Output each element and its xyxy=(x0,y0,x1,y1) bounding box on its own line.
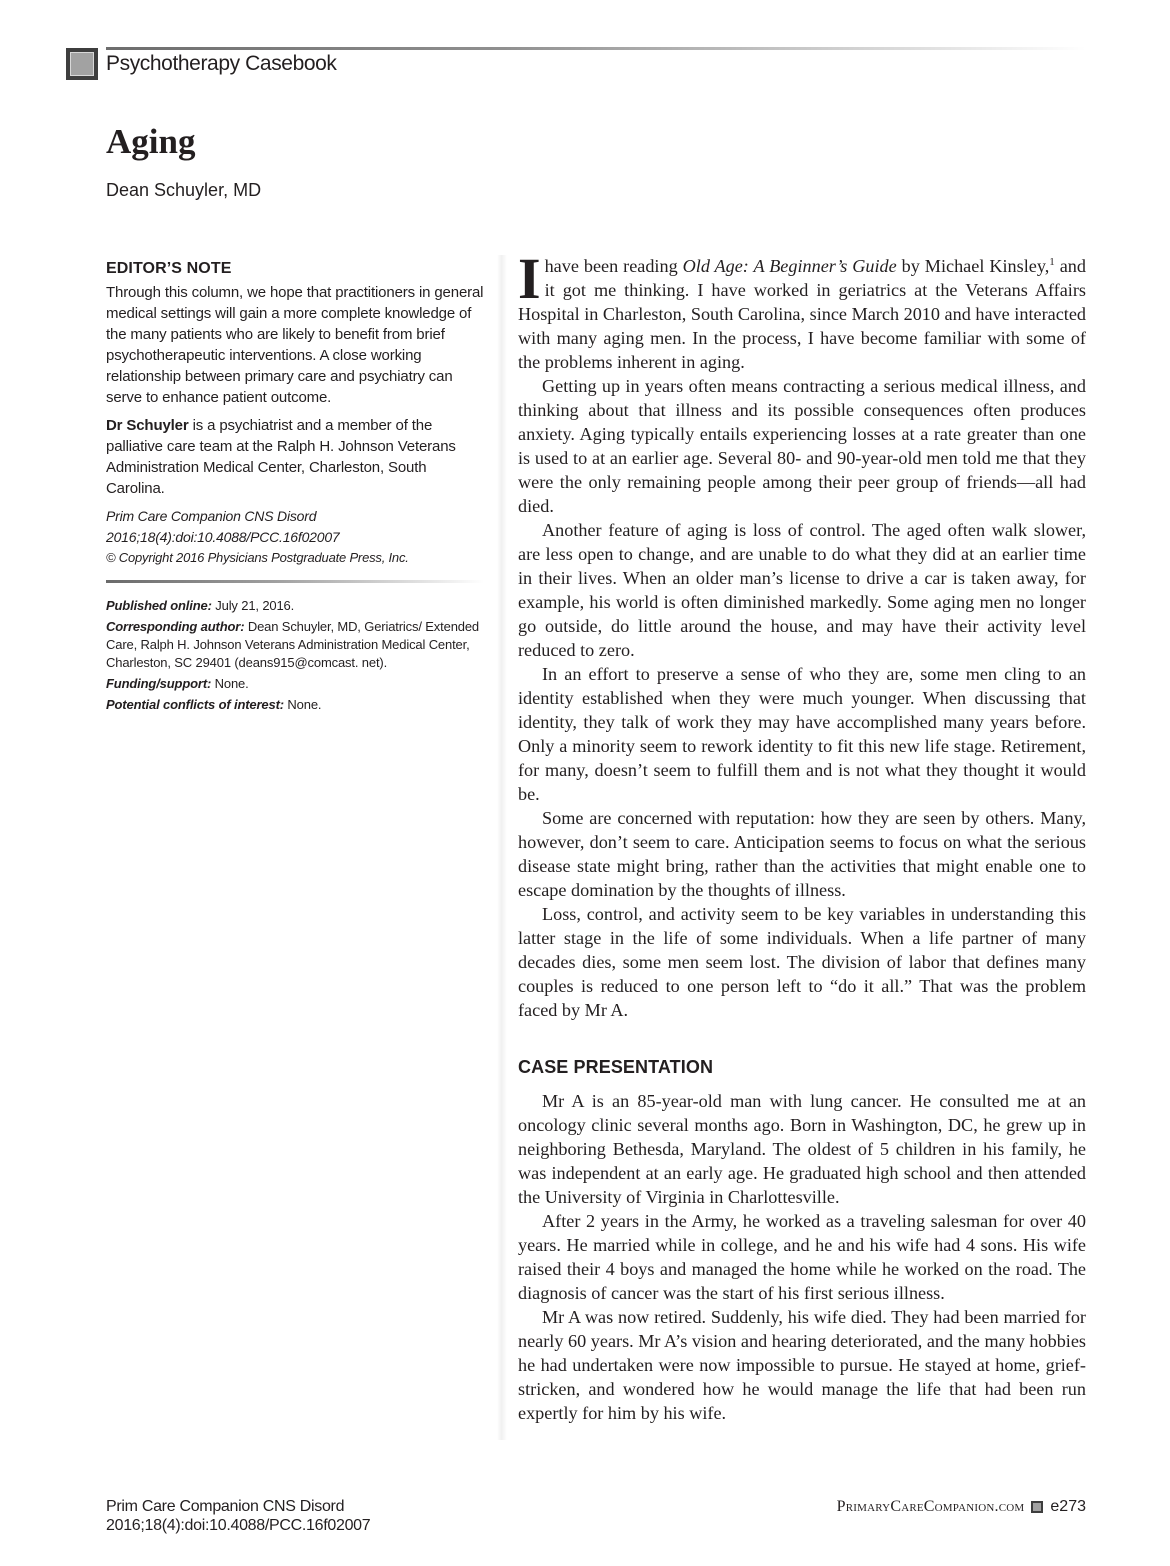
drop-cap: I xyxy=(518,257,541,301)
case-paragraph: Mr A is an 85-year-old man with lung can… xyxy=(518,1089,1086,1209)
meta-value: July 21, 2016. xyxy=(212,598,294,613)
author-bio-name: Dr Schuyler xyxy=(106,417,189,434)
page-number: e273 xyxy=(1050,1497,1086,1516)
footer-doi: 2016;18(4):doi:10.4088/PCC.16f02007 xyxy=(106,1516,370,1535)
meta-label: Corresponding author: xyxy=(106,619,244,634)
article-author: Dean Schuyler, MD xyxy=(106,180,261,201)
article-title: Aging xyxy=(106,122,195,162)
column-divider xyxy=(497,255,507,1440)
sidebar: EDITOR’S NOTE Through this column, we ho… xyxy=(106,260,484,717)
footer-citation: Prim Care Companion CNS Disord 2016;18(4… xyxy=(106,1497,370,1535)
copyright: © Copyright 2016 Physicians Postgraduate… xyxy=(106,548,484,568)
square-separator-icon xyxy=(1031,1501,1043,1513)
body-paragraph: Another feature of aging is loss of cont… xyxy=(518,518,1086,662)
intro-text: by Michael Kinsley, xyxy=(897,256,1050,276)
body-paragraph: Some are concerned with reputation: how … xyxy=(518,806,1086,902)
square-section-marker-icon xyxy=(66,48,98,80)
intro-paragraph: I have been reading Old Age: A Beginner’… xyxy=(518,254,1086,374)
editors-note-heading: EDITOR’S NOTE xyxy=(106,260,484,278)
body-paragraph: In an effort to preserve a sense of who … xyxy=(518,662,1086,806)
body-paragraph: Getting up in years often means contract… xyxy=(518,374,1086,518)
case-paragraph: After 2 years in the Army, he worked as … xyxy=(518,1209,1086,1305)
footer-right: PrimaryCareCompanion.com e273 xyxy=(837,1497,1086,1516)
meta-funding: Funding/support: None. xyxy=(106,675,484,693)
case-presentation-heading: CASE PRESENTATION xyxy=(518,1057,1086,1078)
citation-line-2: 2016;18(4):doi:10.4088/PCC.16f02007 xyxy=(106,527,484,548)
case-paragraph: Mr A was now retired. Suddenly, his wife… xyxy=(518,1305,1086,1425)
body-paragraph: Loss, control, and activity seem to be k… xyxy=(518,902,1086,1022)
article-body: I have been reading Old Age: A Beginner’… xyxy=(518,254,1086,1425)
footer-website-link[interactable]: PrimaryCareCompanion.com xyxy=(837,1497,1025,1516)
meta-label: Funding/support: xyxy=(106,676,211,691)
meta-label: Published online: xyxy=(106,598,212,613)
citation-line-1: Prim Care Companion CNS Disord xyxy=(106,506,484,527)
meta-value: None. xyxy=(284,697,321,712)
header-rule xyxy=(106,47,1086,50)
meta-label: Potential conflicts of interest: xyxy=(106,697,284,712)
meta-value: None. xyxy=(211,676,248,691)
sidebar-divider xyxy=(106,580,484,583)
editors-note-body: Through this column, we hope that practi… xyxy=(106,282,484,408)
footer-journal: Prim Care Companion CNS Disord xyxy=(106,1497,370,1516)
author-bio: Dr Schuyler is a psychiatrist and a memb… xyxy=(106,415,484,499)
intro-text: have been reading xyxy=(545,256,683,276)
meta-published: Published online: July 21, 2016. xyxy=(106,597,484,615)
book-title: Old Age: A Beginner’s Guide xyxy=(683,256,897,276)
meta-conflicts: Potential conflicts of interest: None. xyxy=(106,696,484,714)
meta-corresponding-author: Corresponding author: Dean Schuyler, MD,… xyxy=(106,618,484,672)
section-label: Psychotherapy Casebook xyxy=(106,52,337,76)
